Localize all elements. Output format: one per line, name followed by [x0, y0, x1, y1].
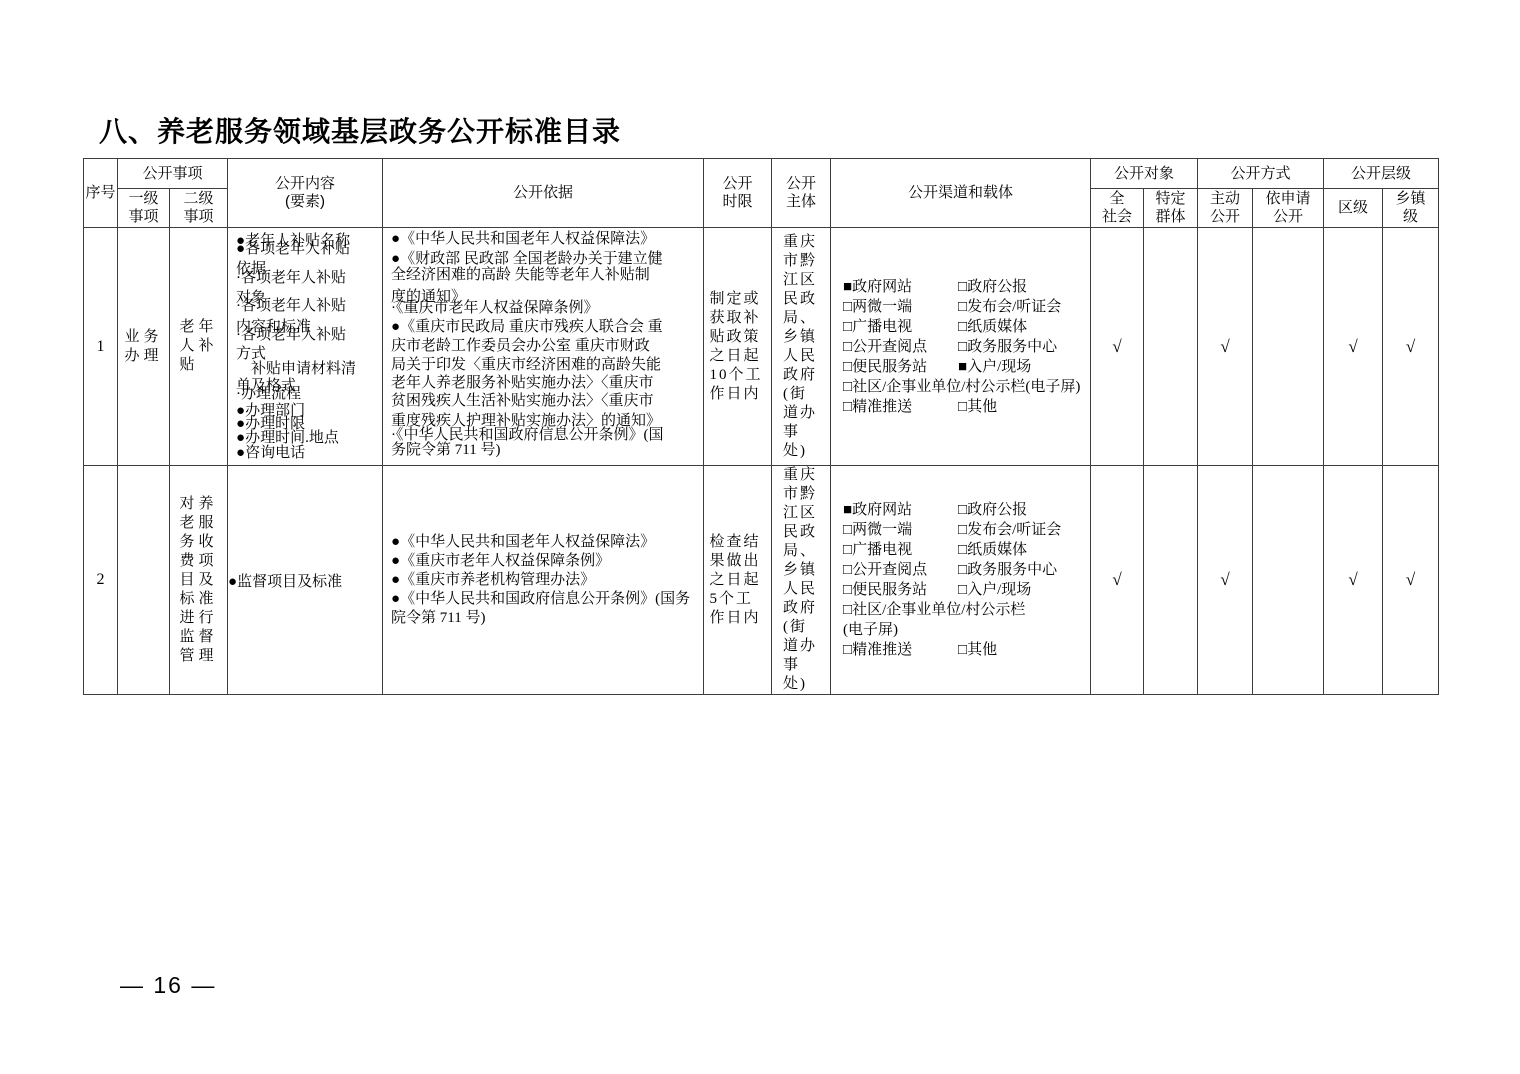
mark-target-specific [1144, 228, 1198, 466]
header-no: 序号 [84, 159, 118, 228]
text-line: ●《重庆市民政局 重庆市残疾人联合会 重 [391, 319, 663, 335]
mark-target-all: √ [1091, 466, 1144, 695]
channel-label: 政府公报 [967, 502, 1027, 518]
time-limit-text: 制定或获取补贴政策之日起10个工作日内 [710, 290, 766, 404]
unchecked-box-icon: □ [958, 279, 967, 295]
unchecked-box-icon: □ [843, 642, 852, 658]
channel-item: □政务服务中心 [958, 560, 1073, 580]
row-number: 1 [84, 228, 118, 466]
level2-text: 老年人补贴 [180, 318, 218, 375]
channel-item: □社区/企事业单位/村公示栏(电子屏) [843, 377, 1083, 397]
unchecked-box-icon: □ [843, 562, 852, 578]
channel-item: □两微一端 [843, 520, 958, 540]
unchecked-box-icon: □ [843, 339, 852, 355]
header-target-specific: 特定 群体 [1144, 189, 1198, 228]
unchecked-box-icon: □ [843, 359, 852, 375]
channel-label: 公开查阅点 [852, 339, 927, 355]
mark-way-active: √ [1198, 466, 1253, 695]
unchecked-box-icon: □ [843, 602, 852, 618]
text-line: 补贴申请材料清 [236, 361, 356, 377]
channel-item: □发布会/听证会 [958, 297, 1073, 317]
text-line: ·办理流程 [236, 386, 301, 402]
content-text: ●监督项目及标准 [228, 574, 342, 590]
channel-label: 其他 [967, 399, 997, 415]
channel-label: 入户/现场 [967, 359, 1031, 375]
page-number: — 16 — [120, 972, 216, 999]
cell-disclosure-basis: ●《中华人民共和国老年人权益保障法》●《重庆市老年人权益保障条例》●《重庆市养老… [383, 466, 704, 695]
unchecked-box-icon: □ [843, 522, 852, 538]
text-line: ●《中华人民共和国老年人权益保障法》 [391, 231, 655, 247]
header-level1: 一级 事项 [118, 189, 170, 228]
unchecked-box-icon: □ [958, 542, 967, 558]
cell-subject: 重庆市黔江区民政局、乡镇人民政府(街道办事处) [772, 228, 831, 466]
header-channels: 公开渠道和载体 [831, 159, 1091, 228]
table-row: 1 业务办理 老年人补贴 ●老年人补贴名称●各项老年人补贴依据·各项老年人补贴对… [84, 228, 1439, 466]
basis-lines: ●《中华人民共和国老年人权益保障法》●《财政部 民政部 全国老龄办关于建立健全经… [383, 228, 703, 465]
text-line: ●《中华人民共和国政府信息公开条例》(国务院令第 711 号) [391, 590, 697, 628]
text-line: ·各项老年人补贴 [236, 270, 346, 286]
cell-level2-item: 老年人补贴 [170, 228, 228, 466]
channel-item: □纸质媒体 [958, 540, 1073, 560]
channel-item: □便民服务站 [843, 580, 958, 600]
header-way-request: 依申请 公开 [1253, 189, 1324, 228]
channel-label: 便民服务站 [852, 582, 927, 598]
cell-level1-item [118, 466, 170, 695]
channel-label: 纸质媒体 [967, 319, 1027, 335]
channel-label: 精准推送 [852, 399, 912, 415]
cell-level2-item: 对养老服务收费项目及标准进行监督管理 [170, 466, 228, 695]
checked-box-icon: ■ [958, 359, 967, 375]
text-line: ●《中华人民共和国老年人权益保障法》 [391, 533, 697, 552]
cell-level1-item: 业务办理 [118, 228, 170, 466]
channel-item: □政府公报 [958, 500, 1073, 520]
unchecked-box-icon: □ [843, 319, 852, 335]
channel-item: □纸质媒体 [958, 317, 1073, 337]
channel-item: □其他 [958, 640, 1073, 660]
channel-item: □政务服务中心 [958, 337, 1073, 357]
header-way-active: 主动 公开 [1198, 189, 1253, 228]
mark-way-request [1253, 228, 1324, 466]
text-line: ·《中华人民共和国政府信息公开条例》(国 [391, 427, 664, 443]
channel-label: 政府公报 [967, 279, 1027, 295]
time-limit-text: 检查结果做出之日起5个工作日内 [710, 533, 766, 628]
table-row: 2 对养老服务收费项目及标准进行监督管理 ●监督项目及标准 ●《中华人民共和国老… [84, 466, 1439, 695]
text-line: ●《重庆市养老机构管理办法》 [391, 571, 697, 590]
header-way-group: 公开方式 [1198, 159, 1324, 189]
text-line: ●《财政部 民政部 全国老龄办关于建立健 [391, 251, 663, 267]
channel-item: □精准推送 [843, 640, 958, 660]
channel-item: □两微一端 [843, 297, 958, 317]
unchecked-box-icon: □ [958, 399, 967, 415]
mark-level-district: √ [1324, 228, 1383, 466]
unchecked-box-icon: □ [958, 642, 967, 658]
basis-lines: ●《中华人民共和国老年人权益保障法》●《重庆市老年人权益保障条例》●《重庆市养老… [383, 533, 703, 628]
text-line: 贫困残疾人生活补贴实施办法〉〈重庆市 [391, 393, 654, 409]
channel-label: 广播电视 [852, 542, 912, 558]
channel-label: 精准推送 [852, 642, 912, 658]
text-line: 庆市老龄工作委员会办公室 重庆市财政 [391, 338, 650, 354]
unchecked-box-icon: □ [843, 299, 852, 315]
channel-label: 其他 [967, 642, 997, 658]
cell-channels: ■政府网站□政府公报□两微一端□发布会/听证会□广播电视□纸质媒体□公开查阅点□… [831, 466, 1091, 695]
text-line: 局关于印发〈重庆市经济困难的高龄失能 [391, 357, 661, 373]
subject-text: 重庆市黔江区民政局、乡镇人民政府(街道办事处) [783, 233, 819, 461]
channel-label: 纸质媒体 [967, 542, 1027, 558]
unchecked-box-icon: □ [958, 319, 967, 335]
channel-item: □便民服务站 [843, 357, 958, 377]
channel-item: □广播电视 [843, 540, 958, 560]
page-title: 八、养老服务领域基层政务公开标准目录 [99, 110, 621, 150]
channel-item: □广播电视 [843, 317, 958, 337]
header-level-district: 区级 [1324, 189, 1383, 228]
channel-label: 公开查阅点 [852, 562, 927, 578]
content-lines: ●老年人补贴名称●各项老年人补贴依据·各项老年人补贴对象·各项老年人补贴内容和标… [228, 228, 382, 465]
mark-target-all: √ [1091, 228, 1144, 466]
channel-label: 政务服务中心 [967, 339, 1057, 355]
channel-label: 社区/企事业单位/村公示栏 (电子屏) [843, 602, 1025, 638]
header-level-township: 乡镇 级 [1383, 189, 1439, 228]
channel-label: 广播电视 [852, 319, 912, 335]
unchecked-box-icon: □ [958, 562, 967, 578]
channel-label: 政府网站 [852, 502, 912, 518]
channel-item: □精准推送 [843, 397, 958, 417]
channel-list: ■政府网站□政府公报□两微一端□发布会/听证会□广播电视□纸质媒体□公开查阅点□… [831, 277, 1083, 417]
mark-level-district: √ [1324, 466, 1383, 695]
text-line: ·各项老年人补贴 [236, 327, 346, 343]
header-target-group: 公开对象 [1091, 159, 1198, 189]
text-line: ●《重庆市老年人权益保障条例》 [391, 552, 697, 571]
text-line: ·各项老年人补贴 [236, 298, 346, 314]
level1-text: 业务办理 [125, 328, 163, 366]
channel-label: 政务服务中心 [967, 562, 1057, 578]
header-item-group: 公开事项 [118, 159, 228, 189]
cell-disclosure-basis: ●《中华人民共和国老年人权益保障法》●《财政部 民政部 全国老龄办关于建立健全经… [383, 228, 704, 466]
cell-disclosure-content: ●监督项目及标准 [228, 466, 383, 695]
level2-text: 对养老服务收费项目及标准进行监督管理 [180, 495, 218, 666]
checked-box-icon: ■ [843, 502, 852, 518]
unchecked-box-icon: □ [843, 399, 852, 415]
mark-way-request [1253, 466, 1324, 695]
text-line: ●办理时间.地点 [236, 430, 339, 446]
disclosure-standards-table: 序号 公开事项 公开内容 (要素) 公开依据 公开 时限 公开 主体 公开渠道和… [83, 158, 1439, 695]
channel-label: 两微一端 [852, 522, 912, 538]
channel-item: ■政府网站 [843, 277, 958, 297]
channel-item: □发布会/听证会 [958, 520, 1073, 540]
header-subject: 公开 主体 [772, 159, 831, 228]
channel-item: □公开查阅点 [843, 560, 958, 580]
channel-label: 便民服务站 [852, 359, 927, 375]
channel-label: 发布会/听证会 [967, 522, 1061, 538]
channel-list: ■政府网站□政府公报□两微一端□发布会/听证会□广播电视□纸质媒体□公开查阅点□… [831, 500, 1083, 660]
checked-box-icon: ■ [843, 279, 852, 295]
text-line: 务院令第 711 号) [391, 442, 500, 458]
cell-channels: ■政府网站□政府公报□两微一端□发布会/听证会□广播电视□纸质媒体□公开查阅点□… [831, 228, 1091, 466]
header-time-limit: 公开 时限 [704, 159, 772, 228]
unchecked-box-icon: □ [958, 582, 967, 598]
unchecked-box-icon: □ [958, 502, 967, 518]
header-level2: 二级 事项 [170, 189, 228, 228]
channel-label: 发布会/听证会 [967, 299, 1061, 315]
channel-item: □社区/企事业单位/村公示栏 (电子屏) [843, 600, 1083, 640]
channel-label: 社区/企事业单位/村公示栏(电子屏) [852, 379, 1080, 395]
channel-label: 政府网站 [852, 279, 912, 295]
cell-subject: 重庆市黔江区民政局、乡镇人民政府(街道办事处) [772, 466, 831, 695]
text-line: 方式 [236, 346, 266, 362]
unchecked-box-icon: □ [843, 582, 852, 598]
channel-item: ■政府网站 [843, 500, 958, 520]
unchecked-box-icon: □ [958, 299, 967, 315]
header-target-all: 全 社会 [1091, 189, 1144, 228]
header-basis: 公开依据 [383, 159, 704, 228]
text-line: ●各项老年人补贴 [236, 241, 350, 257]
mark-level-township: √ [1383, 466, 1439, 695]
cell-disclosure-content: ●老年人补贴名称●各项老年人补贴依据·各项老年人补贴对象·各项老年人补贴内容和标… [228, 228, 383, 466]
mark-level-township: √ [1383, 228, 1439, 466]
text-line: 全经济困难的高龄 失能等老年人补贴制 [391, 267, 650, 283]
unchecked-box-icon: □ [958, 339, 967, 355]
row-number: 2 [84, 466, 118, 695]
subject-text: 重庆市黔江区民政局、乡镇人民政府(街道办事处) [783, 466, 819, 694]
text-line: 老年人养老服务补贴实施办法〉〈重庆市 [391, 375, 654, 391]
text-line: ·《重庆市老年人权益保障条例》 [391, 300, 599, 316]
mark-way-active: √ [1198, 228, 1253, 466]
channel-item: ■入户/现场 [958, 357, 1073, 377]
header-content: 公开内容 (要素) [228, 159, 383, 228]
text-line: ●咨询电话 [236, 445, 305, 461]
cell-time-limit: 检查结果做出之日起5个工作日内 [704, 466, 772, 695]
channel-item: □其他 [958, 397, 1073, 417]
channel-label: 两微一端 [852, 299, 912, 315]
cell-time-limit: 制定或获取补贴政策之日起10个工作日内 [704, 228, 772, 466]
channel-item: □公开查阅点 [843, 337, 958, 357]
unchecked-box-icon: □ [958, 522, 967, 538]
channel-item: □入户/现场 [958, 580, 1073, 600]
channel-item: □政府公报 [958, 277, 1073, 297]
unchecked-box-icon: □ [843, 379, 852, 395]
header-level-group: 公开层级 [1324, 159, 1439, 189]
channel-label: 入户/现场 [967, 582, 1031, 598]
mark-target-specific [1144, 466, 1198, 695]
unchecked-box-icon: □ [843, 542, 852, 558]
